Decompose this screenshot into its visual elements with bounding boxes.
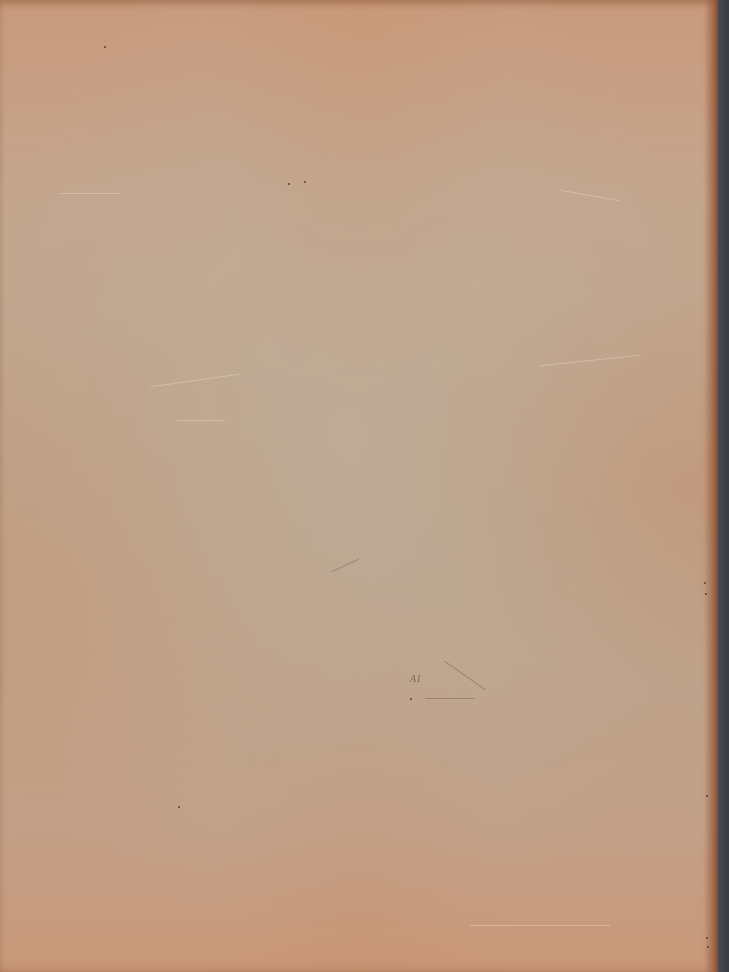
pencil-annotation: A1 [410, 674, 421, 685]
scanner-background [718, 0, 729, 972]
paper-sheet: A1 [0, 0, 718, 972]
ink-speck [705, 593, 707, 595]
paper-crease [470, 925, 610, 926]
ink-speck [410, 698, 412, 700]
paper-crease [560, 190, 619, 201]
paper-edge-stain [704, 0, 718, 972]
ink-speck [178, 806, 180, 808]
ink-speck [704, 582, 706, 584]
ink-speck [104, 46, 106, 48]
scanned-page: A1 [0, 0, 729, 972]
paper-crease [150, 374, 239, 388]
paper-scratch [331, 559, 359, 573]
ink-speck [288, 183, 290, 185]
paper-crease [175, 420, 225, 421]
ink-speck [706, 795, 708, 797]
paper-scratch [444, 661, 486, 690]
paper-crease [60, 193, 120, 194]
ink-speck [707, 946, 709, 948]
ink-speck [706, 937, 708, 939]
paper-crease [540, 355, 640, 366]
ink-speck [304, 181, 306, 183]
paper-scratch [425, 698, 475, 699]
